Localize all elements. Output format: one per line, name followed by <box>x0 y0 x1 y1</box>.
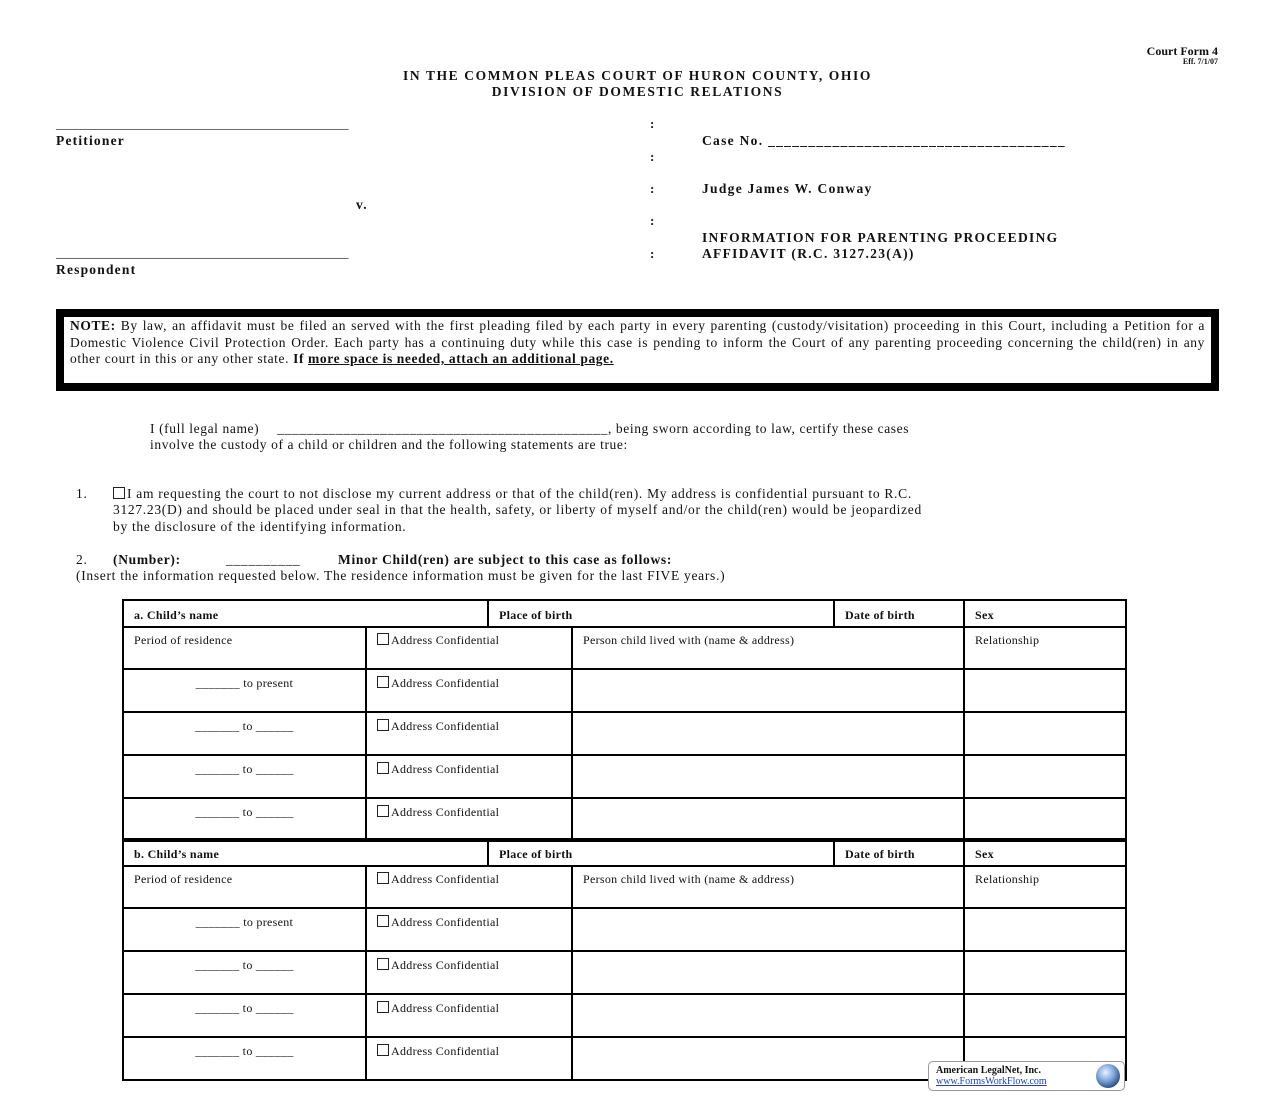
item-1-line1: I am requesting the court to not disclos… <box>113 486 912 502</box>
period-field[interactable]: _______ to ______ <box>123 994 366 1037</box>
checkbox-icon[interactable] <box>377 958 389 970</box>
relationship-field[interactable] <box>964 755 1126 798</box>
period-field[interactable]: _______ to ______ <box>123 755 366 798</box>
full-legal-name-field[interactable]: ________________________________________… <box>277 421 608 436</box>
item-2-label: (Number): <box>113 552 181 568</box>
caption-colon: : <box>650 149 654 165</box>
address-confidential-cell[interactable]: Address Confidential <box>366 712 572 755</box>
person-field[interactable] <box>572 669 964 712</box>
note-emphasis: more space is needed, attach an addition… <box>308 351 614 366</box>
versus-label: v. <box>356 197 368 213</box>
address-confidential-cell[interactable]: Address Confidential <box>366 908 572 951</box>
item-1-number: 1. <box>76 486 88 502</box>
address-confidential-label: Address Confidential <box>391 1044 499 1058</box>
person-field[interactable] <box>572 951 964 994</box>
oath-line2: involve the custody of a child or childr… <box>150 437 628 453</box>
person-header: Person child lived with (name & address) <box>572 627 964 669</box>
table-row: _______ to present Address Confidential <box>123 908 1126 951</box>
address-confidential-label: Address Confidential <box>391 762 499 776</box>
table-row: _______ to present Address Confidential <box>123 669 1126 712</box>
item-1-line2: 3127.23(D) and should be placed under se… <box>113 502 922 518</box>
address-confidential-cell[interactable]: Address Confidential <box>366 669 572 712</box>
sex-field[interactable]: Sex <box>964 600 1126 627</box>
period-field[interactable]: _______ to present <box>123 669 366 712</box>
globe-icon <box>1096 1064 1120 1088</box>
note-body: By law, an affidavit must be filed an se… <box>70 318 1205 366</box>
table-row: _______ to ______ Address Confidential <box>123 951 1126 994</box>
period-field[interactable]: _______ to ______ <box>123 798 366 841</box>
address-confidential-label: Address Confidential <box>391 915 499 929</box>
respondent-label: Respondent <box>56 262 136 278</box>
effective-date: Eff. 7/1/07 <box>1183 57 1218 66</box>
address-confidential-label: Address Confidential <box>391 676 499 690</box>
checkbox-icon[interactable] <box>377 633 389 645</box>
person-field[interactable] <box>572 755 964 798</box>
table-row: _______ to ______ Address Confidential <box>123 755 1126 798</box>
form-title-line2: AFFIDAVIT (R.C. 3127.23(A)) <box>702 246 915 262</box>
address-confidential-cell[interactable]: Address Confidential <box>366 755 572 798</box>
petitioner-label: Petitioner <box>56 133 125 149</box>
item-2-number: 2. <box>76 552 88 568</box>
judge-name: Judge James W. Conway <box>702 181 873 197</box>
person-field[interactable] <box>572 908 964 951</box>
confidential-address-checkbox[interactable] <box>113 487 125 499</box>
checkbox-icon[interactable] <box>377 805 389 817</box>
checkbox-icon[interactable] <box>377 762 389 774</box>
period-field[interactable]: _______ to ______ <box>123 712 366 755</box>
court-division: DIVISION OF DOMESTIC RELATIONS <box>0 84 1275 100</box>
relationship-field[interactable] <box>964 712 1126 755</box>
publisher-logo[interactable]: American LegalNet, Inc. www.FormsWorkFlo… <box>928 1061 1125 1091</box>
person-field[interactable] <box>572 994 964 1037</box>
person-header: Person child lived with (name & address) <box>572 866 964 908</box>
respondent-name-field[interactable]: ________________________________________… <box>56 245 349 261</box>
period-field[interactable]: _______ to present <box>123 908 366 951</box>
relationship-field[interactable] <box>964 994 1126 1037</box>
address-confidential-label: Address Confidential <box>391 719 499 733</box>
oath-prefix: I (full legal name) <box>150 421 259 436</box>
table-row: _______ to ______ Address Confidential <box>123 798 1126 841</box>
child-table-b: b. Child’s name Place of birth Date of b… <box>122 838 1127 1081</box>
caption-colon: : <box>650 181 654 197</box>
oath-line1: I (full legal name) ____________________… <box>150 421 909 437</box>
publisher-name: American LegalNet, Inc. <box>936 1065 1041 1076</box>
relationship-field[interactable] <box>964 669 1126 712</box>
item-2-text: Minor Child(ren) are subject to this cas… <box>338 552 672 568</box>
publisher-link[interactable]: www.FormsWorkFlow.com <box>936 1076 1047 1087</box>
address-confidential-label: Address Confidential <box>391 958 499 972</box>
person-field[interactable] <box>572 1037 964 1080</box>
caption-colon: : <box>650 246 654 262</box>
note-box: NOTE: By law, an affidavit must be filed… <box>56 309 1219 391</box>
checkbox-icon[interactable] <box>377 872 389 884</box>
person-field[interactable] <box>572 712 964 755</box>
address-confidential-cell[interactable]: Address Confidential <box>366 866 572 908</box>
item-1-text: I am requesting the court to not disclos… <box>127 486 912 501</box>
relationship-header: Relationship <box>964 627 1126 669</box>
note-text: NOTE: By law, an affidavit must be filed… <box>70 318 1205 368</box>
number-of-children-field[interactable]: __________ <box>226 552 301 568</box>
item-1-line3: by the disclosure of the identifying inf… <box>113 519 406 535</box>
place-of-birth-field[interactable]: Place of birth <box>488 839 834 866</box>
court-title: IN THE COMMON PLEAS COURT OF HURON COUNT… <box>0 68 1275 84</box>
case-number-field[interactable]: Case No. _______________________________… <box>702 133 1066 149</box>
address-confidential-label: Address Confidential <box>391 872 499 886</box>
child-table-a: a. Child’s name Place of birth Date of b… <box>122 599 1127 842</box>
caption-colon: : <box>650 213 654 229</box>
note-emphasis-lead: If <box>293 351 304 366</box>
period-field[interactable]: _______ to ______ <box>123 1037 366 1080</box>
address-confidential-cell[interactable]: Address Confidential <box>366 951 572 994</box>
relationship-header: Relationship <box>964 866 1126 908</box>
address-confidential-cell[interactable]: Address Confidential <box>366 798 572 841</box>
checkbox-icon[interactable] <box>377 1044 389 1056</box>
child-name-field[interactable]: a. Child’s name <box>123 600 488 627</box>
place-of-birth-field[interactable]: Place of birth <box>488 600 834 627</box>
address-confidential-label: Address Confidential <box>391 805 499 819</box>
checkbox-icon[interactable] <box>377 676 389 688</box>
checkbox-icon[interactable] <box>377 1001 389 1013</box>
relationship-field[interactable] <box>964 798 1126 841</box>
address-confidential-label: Address Confidential <box>391 1001 499 1015</box>
address-confidential-cell[interactable]: Address Confidential <box>366 1037 572 1080</box>
table-row: _______ to ______ Address Confidential <box>123 712 1126 755</box>
form-title-line1: INFORMATION FOR PARENTING PROCEEDING <box>702 230 1058 246</box>
address-confidential-label: Address Confidential <box>391 633 499 647</box>
period-header: Period of residence <box>123 627 366 669</box>
oath-suffix: , being sworn according to law, certify … <box>608 421 909 436</box>
note-label: NOTE: <box>70 318 116 333</box>
relationship-field[interactable] <box>964 908 1126 951</box>
person-field[interactable] <box>572 798 964 841</box>
date-of-birth-field[interactable]: Date of birth <box>834 839 964 866</box>
period-field[interactable]: _______ to ______ <box>123 951 366 994</box>
checkbox-icon[interactable] <box>377 719 389 731</box>
relationship-field[interactable] <box>964 951 1126 994</box>
caption-colon: : <box>650 116 654 132</box>
checkbox-icon[interactable] <box>377 915 389 927</box>
address-confidential-cell[interactable]: Address Confidential <box>366 994 572 1037</box>
date-of-birth-field[interactable]: Date of birth <box>834 600 964 627</box>
sex-field[interactable]: Sex <box>964 839 1126 866</box>
petitioner-name-field[interactable]: ________________________________________… <box>56 116 349 132</box>
item-2-instructions: (Insert the information requested below.… <box>76 568 725 584</box>
child-name-field[interactable]: b. Child’s name <box>123 839 488 866</box>
period-header: Period of residence <box>123 866 366 908</box>
address-confidential-cell[interactable]: Address Confidential <box>366 627 572 669</box>
table-row: _______ to ______ Address Confidential <box>123 994 1126 1037</box>
